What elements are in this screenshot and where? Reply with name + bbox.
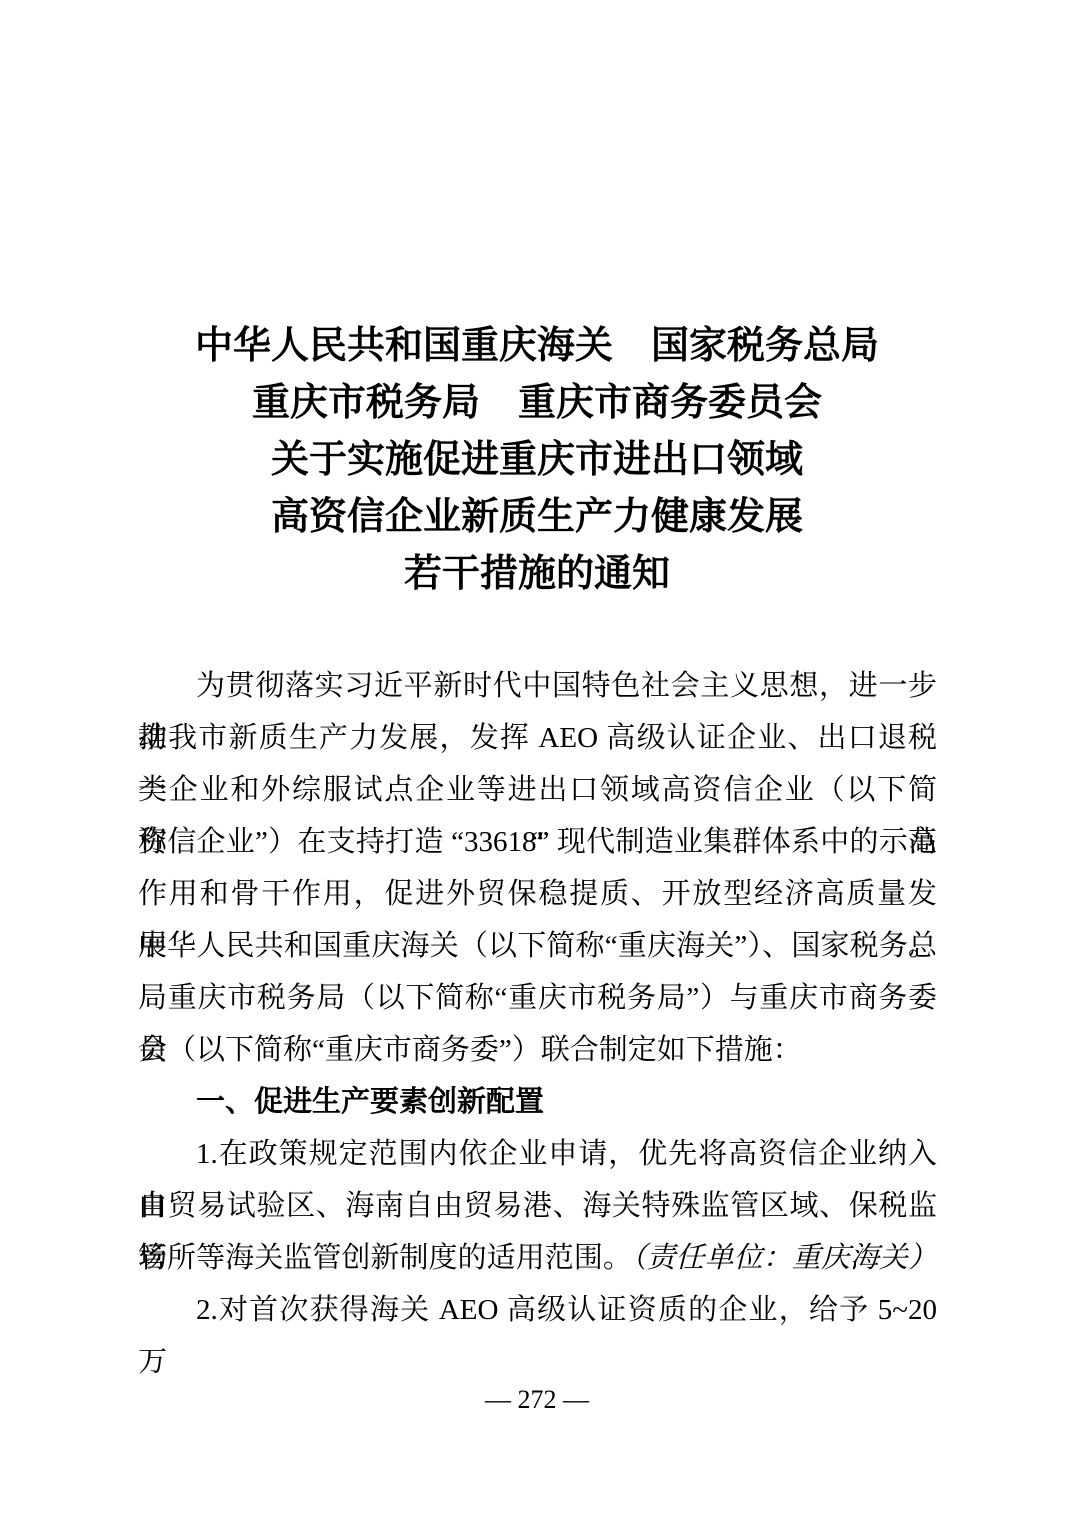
item-1-line-main: 场所等海关监管创新制度的适用范围。 [138,1242,632,1274]
document-body: 为贯彻落实习近平新时代中国特色社会主义思想，进一步推 动我市新质生产力发展，发挥… [138,660,937,1336]
paragraph-line: 会（以下简称“重庆市商务委”）联合制定如下措施： [138,1024,937,1076]
title-line-5: 若干措施的通知 [0,546,1074,603]
paragraph-line: 中华人民共和国重庆海关（以下简称“重庆海关”）、国家税务总 [138,920,937,972]
title-line-3: 关于实施促进重庆市进出口领域 [0,432,1074,489]
item-2-line: 2.对首次获得海关 AEO 高级认证资质的企业，给予 5~20 万 [138,1284,937,1336]
paragraph-line: 动我市新质生产力发展，发挥 AEO 高级认证企业、出口退税一 [138,712,937,764]
item-1-line: 由贸易试验区、海南自由贸易港、海关特殊监管区域、保税监管 [138,1180,937,1232]
paragraph-line: 局重庆市税务局（以下简称“重庆市税务局”）与重庆市商务委员 [138,972,937,1024]
paragraph-line: 作用和骨干作用，促进外贸保稳提质、开放型经济高质量发展。 [138,868,937,920]
item-1-line: 1.在政策规定范围内依企业申请，优先将高资信企业纳入自 [138,1128,937,1180]
section-heading: 一、促进生产要素创新配置 [138,1076,937,1128]
paragraph-line: 为贯彻落实习近平新时代中国特色社会主义思想，进一步推 [138,660,937,712]
title-line-4: 高资信企业新质生产力健康发展 [0,489,1074,546]
paragraph-line: 类企业和外综服试点企业等进出口领域高资信企业（以下简称“高 [138,764,937,816]
item-1-line: 场所等海关监管创新制度的适用范围。（责任单位：重庆海关） [138,1232,937,1284]
paragraph-line: 资信企业”）在支持打造 “33618” 现代制造业集群体系中的示范 [138,816,937,868]
responsibility-unit: （责任单位：重庆海关） [632,1242,937,1274]
title-line-1: 中华人民共和国重庆海关 国家税务总局 [0,318,1074,375]
page-number: — 272 — [0,1387,1074,1413]
document-title: 中华人民共和国重庆海关 国家税务总局 重庆市税务局 重庆市商务委员会 关于实施促… [0,318,1074,603]
title-line-2: 重庆市税务局 重庆市商务委员会 [0,375,1074,432]
document-page: 中华人民共和国重庆海关 国家税务总局 重庆市税务局 重庆市商务委员会 关于实施促… [0,0,1074,1520]
